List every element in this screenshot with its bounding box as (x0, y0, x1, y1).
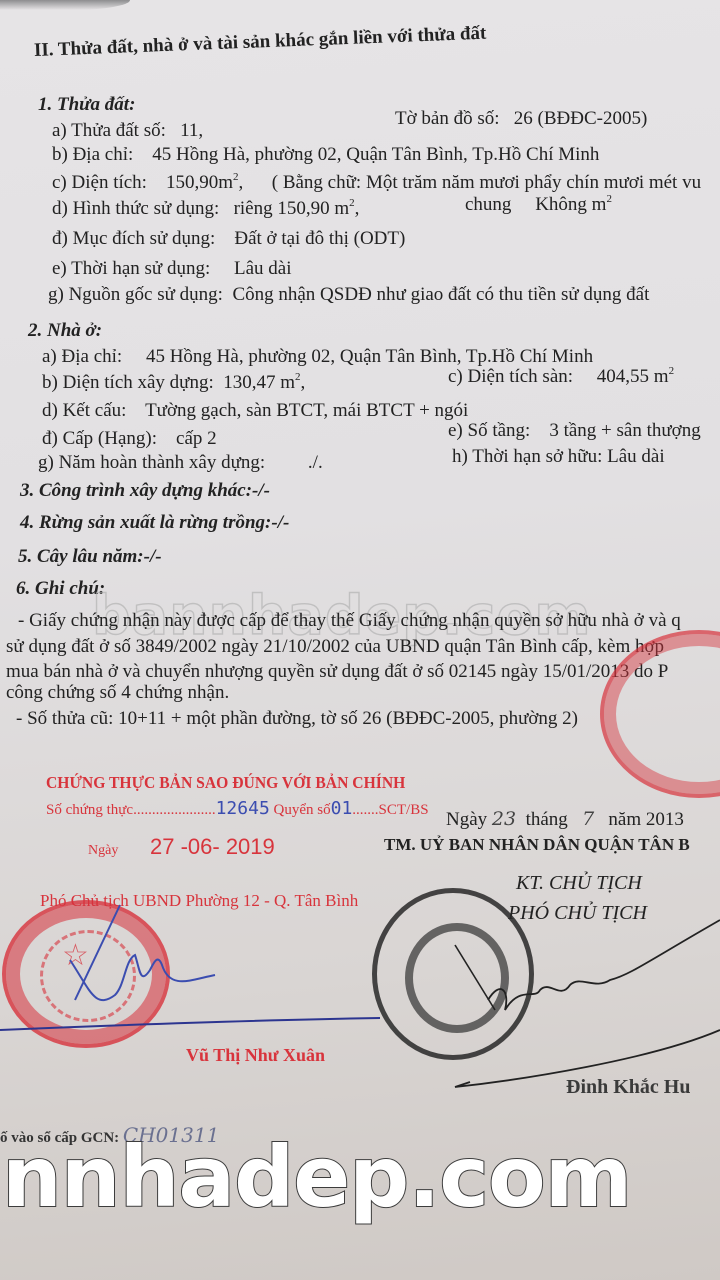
note-line: - Giấy chứng nhận này được cấp để thay t… (18, 610, 681, 632)
star-icon: ☆ (62, 938, 89, 973)
issuing-authority: TM. UỶ BAN NHÂN DÂN QUẬN TÂN B (384, 834, 690, 856)
grade-label: đ) Cấp (Hạng): (42, 428, 157, 449)
ward-seal-stamp: ☆ (2, 900, 170, 1048)
origin-value: Công nhận QSDĐ như giao đất có thu tiền … (232, 284, 649, 305)
perennial-trees: 5. Cây lâu năm:-/- (18, 546, 162, 568)
term-label: e) Thời hạn sử dụng: (52, 258, 210, 279)
usage-shared: chung Không m2 (465, 194, 612, 216)
role-line-2: PHÓ CHỦ TỊCH (508, 902, 647, 924)
ownership-term-value: Lâu dài (607, 446, 665, 467)
built-area-value: 130,47 m (223, 372, 295, 393)
purpose-value: Đất ở tại đô thị (ODT) (234, 228, 405, 249)
parcel-value: 11, (180, 120, 203, 141)
issue-day-value: 23 (492, 808, 516, 830)
ownership-term-row: h) Thời hạn sở hữu: Lâu dài (452, 446, 665, 468)
built-area-label: b) Diện tích xây dựng: (42, 372, 214, 393)
completion-label: g) Năm hoàn thành xây dựng: (38, 452, 265, 473)
note-line: - Số thửa cũ: 10+11 + một phần đường, tờ… (16, 708, 578, 730)
note-line: sử dụng đất ở số 3849/2002 ngày 21/10/20… (6, 636, 664, 658)
structure-label: d) Kết cấu: (42, 400, 126, 421)
land-area-label: c) Diện tích: (52, 172, 147, 193)
map-sheet-label: Tờ bản đồ số: (395, 108, 500, 129)
built-area-row: b) Diện tích xây dựng: 130,47 m2, (42, 372, 305, 394)
page-edge-shadow (0, 0, 130, 10)
grade-row: đ) Cấp (Hạng): cấp 2 (42, 428, 217, 450)
grade-value: cấp 2 (176, 428, 217, 449)
floors-label: e) Số tầng: (448, 420, 530, 441)
issue-year: năm 2013 (608, 809, 683, 830)
usage-form-row: d) Hình thức sử dụng: riêng 150,90 m2, (52, 198, 359, 220)
term-value: Lâu dài (234, 258, 292, 279)
cert-title: CHỨNG THỰC BẢN SAO ĐÚNG VỚI BẢN CHÍNH (46, 772, 405, 794)
origin-label: g) Nguồn gốc sử dụng: (48, 284, 223, 305)
other-construction: 3. Công trình xây dựng khác:-/- (20, 480, 270, 502)
house-address-label: a) Địa chỉ: (42, 346, 122, 367)
watermark-large: nnhadep.com (2, 1128, 631, 1226)
floor-area-value: 404,55 m (597, 366, 669, 387)
cert-number-value: 12645 (216, 798, 270, 819)
note-line: mua bán nhà ở và chuyển nhượng quyền sử … (6, 661, 668, 683)
term-row: e) Thời hạn sử dụng: Lâu dài (52, 258, 292, 280)
floor-area-row: c) Diện tích sàn: 404,55 m2 (448, 366, 674, 388)
usage-shared-value: Không m (535, 194, 606, 215)
purpose-label: đ) Mục đích sử dụng: (52, 228, 215, 249)
house-address-value: 45 Hồng Hà, phường 02, Quận Tân Bình, Tp… (146, 346, 593, 367)
parcel-label: a) Thửa đất số: (52, 120, 166, 141)
cert-date-label: Ngày (88, 840, 118, 862)
usage-shared-label: chung (465, 194, 511, 215)
usage-private: riêng 150,90 m (234, 198, 350, 219)
cert-date-value: 27 -06- 2019 (150, 836, 275, 858)
seal-emblem (405, 923, 509, 1033)
issue-date: Ngày 23 tháng 7 năm 2013 (446, 808, 684, 831)
section-title: II. Thửa đất, nhà ở và tài sản khác gắn … (34, 23, 487, 62)
completion-value: ./. (308, 452, 323, 473)
completion-row: g) Năm hoàn thành xây dựng: ./. (38, 452, 323, 474)
production-forest: 4. Rừng sản xuất là rừng trồng:-/- (20, 512, 289, 534)
parcel-row: a) Thửa đất số: 11, (52, 120, 203, 142)
land-heading: 1. Thửa đất: (38, 94, 135, 116)
ownership-term-label: h) Thời hạn sở hữu: (452, 446, 602, 467)
floors-value: 3 tầng + sân thượng (549, 420, 700, 441)
book-label: Quyển số (274, 802, 331, 818)
land-address-value: 45 Hồng Hà, phường 02, Quận Tân Bình, Tp… (152, 144, 599, 165)
origin-row: g) Nguồn gốc sử dụng: Công nhận QSDĐ như… (48, 284, 649, 306)
issue-month-label: tháng (526, 809, 568, 830)
issue-day-label: Ngày (446, 809, 487, 830)
land-address-row: b) Địa chỉ: 45 Hồng Hà, phường 02, Quận … (52, 144, 599, 166)
house-heading: 2. Nhà ở: (28, 320, 102, 342)
structure-row: d) Kết cấu: Tường gạch, sàn BTCT, mái BT… (42, 400, 468, 422)
land-area-words: ( Bằng chữ: Một trăm năm mươi phẩy chín … (272, 172, 701, 193)
cert-number-label: Số chứng thực (46, 802, 133, 818)
district-seal-stamp (372, 888, 534, 1060)
map-sheet: Tờ bản đồ số: 26 (BĐĐC-2005) (395, 108, 647, 130)
floors-row: e) Số tầng: 3 tầng + sân thượng (448, 420, 701, 442)
floor-area-label: c) Diện tích sàn: (448, 366, 573, 387)
book-value: 01 (331, 798, 353, 819)
issue-month-value: 7 (582, 808, 594, 830)
note-line: công chứng số 4 chứng nhận. (6, 682, 229, 704)
purpose-row: đ) Mục đích sử dụng: Đất ở tại đô thị (O… (52, 228, 405, 250)
structure-value: Tường gạch, sàn BTCT, mái BTCT + ngói (145, 400, 468, 421)
map-sheet-value: 26 (BĐĐC-2005) (514, 108, 648, 129)
role-line-1: KT. CHỦ TỊCH (516, 872, 642, 894)
issuer-signer-name: Đinh Khắc Hu (566, 1076, 690, 1098)
land-area-row: c) Diện tích: 150,90m2, ( Bằng chữ: Một … (52, 172, 701, 194)
usage-form-label: d) Hình thức sử dụng: (52, 198, 219, 219)
cert-number-row: Số chứng thực......................12645… (46, 798, 429, 821)
land-address-label: b) Địa chỉ: (52, 144, 133, 165)
book-suffix: SCT/BS (379, 802, 429, 818)
house-address-row: a) Địa chỉ: 45 Hồng Hà, phường 02, Quận … (42, 346, 593, 368)
cert-signer-name: Vũ Thị Như Xuân (186, 1044, 325, 1066)
land-area-value: 150,90m (166, 172, 233, 193)
